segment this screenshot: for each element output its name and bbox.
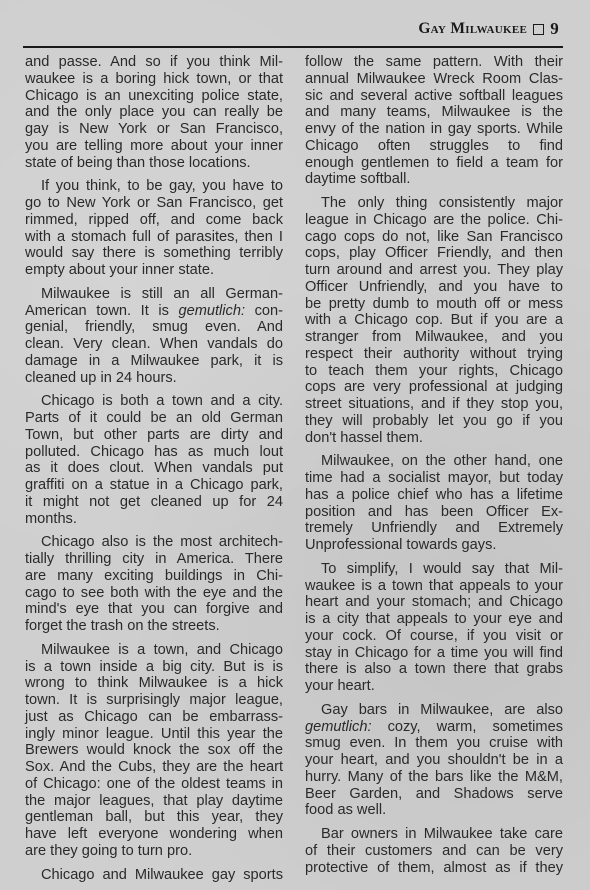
text-line: Chicago is an unexciting police state,	[25, 88, 283, 105]
text-line: time had a socialist mayor, but today	[305, 470, 563, 487]
paragraph: Milwaukee is a town, and Chicagois a tow…	[25, 642, 283, 860]
paragraph: The only thing consistently majorleague …	[305, 195, 563, 446]
paragraph: Milwaukee, on the other hand, onetime ha…	[305, 453, 563, 554]
text-line: waukee is a town that appeals to your	[305, 578, 563, 595]
text-line: hurry. Many of the bars like the M&M,	[305, 769, 563, 786]
text-line: have left everyone wondering when	[25, 826, 283, 843]
text-line: Brewers would knock the sox off the	[25, 742, 283, 759]
text-line: respect their authority without trying	[305, 346, 563, 363]
text-line: gentleman ball, but this year, they	[25, 809, 283, 826]
text-line: with a stomach full of parasites, then I	[25, 229, 283, 246]
paragraph: Chicago and Milwaukee gay sports	[25, 867, 283, 884]
text-line: Milwaukee is still an all German-	[25, 286, 283, 303]
text-line: Parts of it could be an old German	[25, 410, 283, 427]
text-line: Beer Garden, and Shadows serve	[305, 786, 563, 803]
text-line: Milwaukee, on the other hand, one	[305, 453, 563, 470]
text-line: your heart.	[305, 678, 563, 695]
text-line: they will probably let you go if you	[305, 413, 563, 430]
text-line: cago cops do not, like San Francisco	[305, 229, 563, 246]
text-line: go to New York or San Francisco, get	[25, 195, 283, 212]
text-line: stay in Chicago for a time you will find	[305, 645, 563, 662]
text-line: food as well.	[305, 802, 563, 819]
text-line: genial, friendly, smug even. And	[25, 319, 283, 336]
text-line: with a Chicago cop. But if you are a	[305, 312, 563, 329]
paragraph: follow the same pattern. With theirannua…	[305, 54, 563, 188]
text-line: empty about your inner state.	[25, 262, 283, 279]
text-line: cleaned up in 24 hours.	[25, 370, 283, 387]
text-line: Chicago and Milwaukee gay sports	[25, 867, 283, 884]
text-line: daytime softball.	[305, 171, 563, 188]
text-line: envy of the nation in gay sports. While	[305, 121, 563, 138]
paragraph: Bar owners in Milwaukee take careof thei…	[305, 826, 563, 876]
text-line: Bar owners in Milwaukee take care	[305, 826, 563, 843]
text-line: enough gentlemen to field a team for	[305, 155, 563, 172]
text-line: and the only place you can really be	[25, 104, 283, 121]
italic-term: gemutlich:	[305, 719, 372, 735]
text-line: wrong to think Milwaukee is a hick	[25, 675, 283, 692]
text-line: gemutlich: cozy, warm, sometimes	[305, 719, 563, 736]
text-line: ingly minor league. Until this year the	[25, 726, 283, 743]
paragraph: If you think, to be gay, you have togo t…	[25, 178, 283, 279]
text-line: are they going to turn pro.	[25, 843, 283, 860]
text-line: and passe. And so if you think Mil-	[25, 54, 283, 71]
text-line: clean. Very clean. When vandals do	[25, 336, 283, 353]
text-line: league in Chicago are the police. Chi-	[305, 212, 563, 229]
text-line: The only thing consistently major	[305, 195, 563, 212]
text-line: annual Milwaukee Wreck Room Clas-	[305, 71, 563, 88]
text-line: tremely Unfriendly and Extremely	[305, 520, 563, 537]
paragraph: Chicago is both a town and a city.Parts …	[25, 393, 283, 527]
text-line: your heart, and you shouldn't be in a	[305, 752, 563, 769]
text-line: gay is New York or San Francisco,	[25, 121, 283, 138]
text-line: Unprofessional towards gays.	[305, 537, 563, 554]
text-line: follow the same pattern. With their	[305, 54, 563, 71]
text-line: be pretty dumb to mouth off or mess	[305, 296, 563, 313]
text-line: there is also a town there that grabs	[305, 661, 563, 678]
text-line: street situations, and if they stop you,	[305, 396, 563, 413]
text-line: If you think, to be gay, you have to	[25, 178, 283, 195]
text-line: just as Chicago can be embarrass-	[25, 709, 283, 726]
article-column-right: follow the same pattern. With theirannua…	[305, 54, 563, 883]
page-header: Gay Milwaukee 9	[23, 0, 563, 48]
paragraph: To simplify, I would say that Mil-waukee…	[305, 561, 563, 695]
text-line: rimmed, ripped off, and come back	[25, 212, 283, 229]
text-line: protective of them, almost as if they	[305, 860, 563, 877]
text-line: and many teams, Milwaukee is the	[305, 104, 563, 121]
article-column-left: and passe. And so if you think Mil-wauke…	[25, 54, 283, 890]
page-number: 9	[550, 19, 559, 39]
text-line: as it does clout. When vandals put	[25, 460, 283, 477]
text-line: Officer Unfriendly, and you have to	[305, 279, 563, 296]
paragraph: and passe. And so if you think Mil-wauke…	[25, 54, 283, 171]
text-line: cops are very professional at judging	[305, 379, 563, 396]
text-line: To simplify, I would say that Mil-	[305, 561, 563, 578]
text-line: is a city that appeals to your eye and	[305, 611, 563, 628]
italic-term: gemutlich:	[179, 303, 246, 319]
text-line: don't hassel them.	[305, 430, 563, 447]
text-line: American town. It is gemutlich: con-	[25, 303, 283, 320]
text-line: Milwaukee is a town, and Chicago	[25, 642, 283, 659]
text-line: Chicago is both a town and a city.	[25, 393, 283, 410]
text-line: state of being than those locations.	[25, 155, 283, 172]
text-line: your cock. Of course, if you visit or	[305, 628, 563, 645]
text-line: cops, play Officer Friendly, and then	[305, 245, 563, 262]
text-line: of their customers and can be very	[305, 843, 563, 860]
box-separator-icon	[533, 24, 544, 35]
paragraph: Chicago also is the most architech-tiall…	[25, 534, 283, 635]
text-line: Gay bars in Milwaukee, are also	[305, 702, 563, 719]
text-line: polluted. Chicago has as much lout	[25, 444, 283, 461]
text-line: Town, but other parts are dirty and	[25, 427, 283, 444]
text-line: position and has been Officer Ex-	[305, 504, 563, 521]
text-line: stranger from Milwaukee, and you	[305, 329, 563, 346]
running-head: Gay Milwaukee 9	[418, 19, 559, 39]
text-line: sic and several active softball leagues	[305, 88, 563, 105]
text-line: turn around and arrest you. They play	[305, 262, 563, 279]
text-line: heart and your stomach; and Chicago	[305, 594, 563, 611]
text-line: town. It is surprisingly major league,	[25, 692, 283, 709]
text-line: mind's eye that you can forgive and	[25, 601, 283, 618]
text-line: graffiti on a statue in a Chicago park,	[25, 477, 283, 494]
text-line: it might not get cleaned up for 24	[25, 494, 283, 511]
text-line: smug even. In them you cruise with	[305, 735, 563, 752]
text-line: are many exciting buildings in Chi-	[25, 568, 283, 585]
paragraph: Milwaukee is still an all German-America…	[25, 286, 283, 387]
text-line: Chicago also is the most architech-	[25, 534, 283, 551]
text-line: to teach them your rights, Chicago	[305, 363, 563, 380]
text-line: has a police chief who has a lifetime	[305, 487, 563, 504]
text-line: the major leagues, that play daytime	[25, 793, 283, 810]
text-line: months.	[25, 511, 283, 528]
text-line: tially thrilling city in America. There	[25, 551, 283, 568]
text-line: forget the trash on the streets.	[25, 618, 283, 635]
text-line: you are telling more about your inner	[25, 138, 283, 155]
text-line: would say there is something terribly	[25, 245, 283, 262]
text-line: Sox. And the Cubs, they are the heart	[25, 759, 283, 776]
publication-title: Gay Milwaukee	[418, 20, 527, 38]
paragraph: Gay bars in Milwaukee, are alsogemutlich…	[305, 702, 563, 819]
text-line: damage in a Milwaukee park, it is	[25, 353, 283, 370]
text-line: is a town inside a big city. But is is	[25, 659, 283, 676]
text-line: waukee is a boring hick town, or that	[25, 71, 283, 88]
text-line: Chicago often struggles to find	[305, 138, 563, 155]
text-line: of Chicago: one of the oldest teams in	[25, 776, 283, 793]
text-line: cago to see both with the eye and the	[25, 585, 283, 602]
